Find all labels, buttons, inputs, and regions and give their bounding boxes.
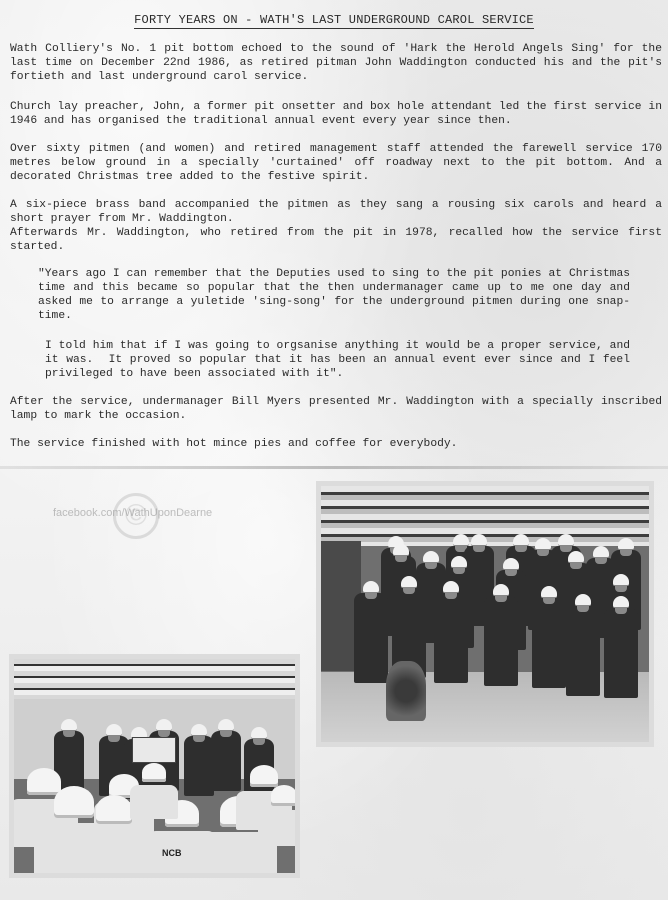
photo-brass-band: NCB xyxy=(9,654,300,878)
watermark-text: facebook.com/WathUponDearne xyxy=(53,507,212,519)
article-title: FORTY YEARS ON - WATH'S LAST UNDERGROUND… xyxy=(0,13,668,27)
paragraph-intro: Wath Colliery's No. 1 pit bottom echoed … xyxy=(10,42,662,84)
jacket-lettering: NCB xyxy=(162,848,182,858)
christmas-tree xyxy=(386,661,426,721)
roof-supports xyxy=(14,659,295,699)
paragraph-preacher: Church lay preacher, John, a former pit … xyxy=(10,100,662,128)
quote-1: "Years ago I can remember that the Deput… xyxy=(38,267,630,323)
paragraph-closing: The service finished with hot mince pies… xyxy=(10,437,662,451)
paragraph-lamp: After the service, undermanager Bill Mye… xyxy=(10,395,662,423)
paragraph-band: A six-piece brass band accompanied the p… xyxy=(10,198,662,254)
photo-group-portrait xyxy=(316,481,654,747)
paragraph-attendance: Over sixty pitmen (and women) and retire… xyxy=(10,142,662,184)
colliery-sign xyxy=(132,737,176,763)
quote-2: I told him that if I was going to orgsan… xyxy=(45,339,630,381)
paper-fold-line xyxy=(0,466,668,469)
